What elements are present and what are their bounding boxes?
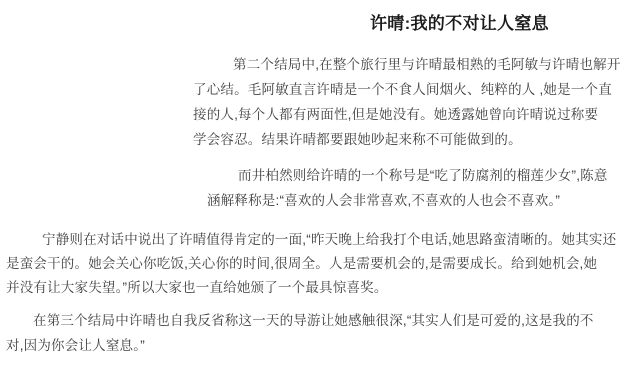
text-line: 涵解释称是:“喜欢的人会非常喜欢,不喜欢的人也会不喜欢。” <box>207 188 608 213</box>
article-title: 许晴:我的不对让人窒息 <box>370 13 549 34</box>
paragraph-ending: 在第三个结局中许晴也自我反省称这一天的导游让她感触很深,“其实人们是可爱的,这是… <box>6 308 594 358</box>
text-line: 是蛮会干的。她会关心你吃饭,关心你的时间,很周全。人是需要机会的,是需要成长。给… <box>6 252 616 276</box>
paragraph-jingboran: 而井柏然则给许晴的一个称号是“吃了防腐剂的榴莲少女”,陈意涵解释称是:“喜欢的人… <box>207 163 608 213</box>
text-line: 对,因为你会让人窒息。” <box>6 333 594 358</box>
article-page: 许晴:我的不对让人窒息 第二个结局中,在整个旅行里与许晴最相熟的毛阿敏与许晴也解… <box>0 0 640 365</box>
text-line: 学会容忍。结果许晴都要跟她吵起来称不可能做到的。 <box>193 127 621 152</box>
text-line: 并没有让大家失望。”所以大家也一直给她颁了一个最具惊喜奖。 <box>6 276 616 300</box>
paragraph-maoamin: 第二个结局中,在整个旅行里与许晴最相熟的毛阿敏与许晴也解开了心结。毛阿敏直言许晴… <box>193 52 621 152</box>
text-line: 了心结。毛阿敏直言许晴是一个不食人间烟火、纯粹的人 ,她是一个直 <box>193 77 621 102</box>
paragraph-ningjing: 宁静则在对话中说出了许晴值得肯定的一面,“昨天晚上给我打个电话,她思路蛮清晰的。… <box>6 228 616 300</box>
text-line: 宁静则在对话中说出了许晴值得肯定的一面,“昨天晚上给我打个电话,她思路蛮清晰的。… <box>6 228 616 252</box>
text-line: 第二个结局中,在整个旅行里与许晴最相熟的毛阿敏与许晴也解开 <box>193 52 621 77</box>
text-line: 而井柏然则给许晴的一个称号是“吃了防腐剂的榴莲少女”,陈意 <box>207 163 608 188</box>
text-line: 在第三个结局中许晴也自我反省称这一天的导游让她感触很深,“其实人们是可爱的,这是… <box>6 308 594 333</box>
text-line: 接的人,每个人都有两面性,但是她没有。她透露她曾向许晴说过称要 <box>193 102 621 127</box>
